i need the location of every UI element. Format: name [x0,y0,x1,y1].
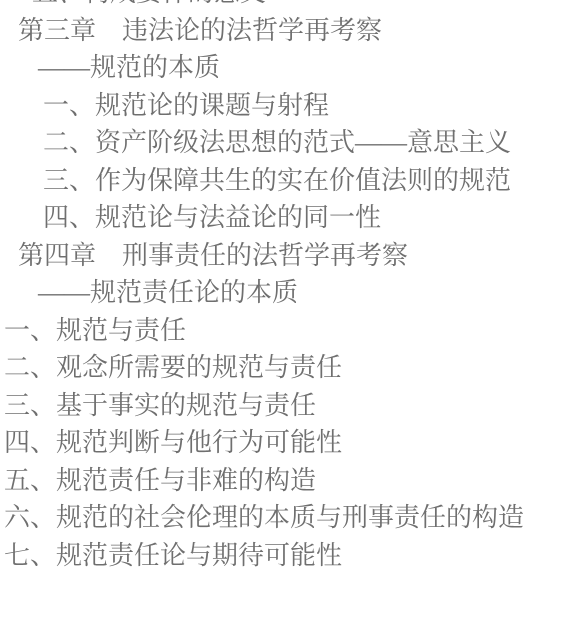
toc-line: 四、规范论与法益论的同一性 [0,199,572,237]
toc-line: 五、规范责任与非难的构造 [0,462,572,500]
toc-line: 四、规范判断与他行为可能性 [0,424,572,462]
toc-line: 第三章 违法论的法哲学再考察 [0,12,572,50]
toc-line: 一、规范与责任 [0,312,572,350]
toc-line: 二、观念所需要的规范与责任 [0,349,572,387]
toc-line: 三、作为保障共生的实在价值法则的规范 [0,162,572,200]
toc-line: 六、规范的社会伦理的本质与刑事责任的构造 [0,499,572,537]
toc-line: 二、资产阶级法思想的范式——意思主义 [0,124,572,162]
toc-line: ——规范责任论的本质 [0,274,572,312]
toc-line: 三、基于事实的规范与责任 [0,387,572,425]
toc-line: 第四章 刑事责任的法哲学再考察 [0,237,572,275]
toc-line: 五、构成要件的意义 [0,0,572,12]
toc-line: ——规范的本质 [0,49,572,87]
toc-line: 七、规范责任论与期待可能性 [0,537,572,575]
table-of-contents: 五、构成要件的意义第三章 违法论的法哲学再考察——规范的本质一、规范论的课题与射… [0,0,572,574]
toc-line: 一、规范论的课题与射程 [0,87,572,125]
